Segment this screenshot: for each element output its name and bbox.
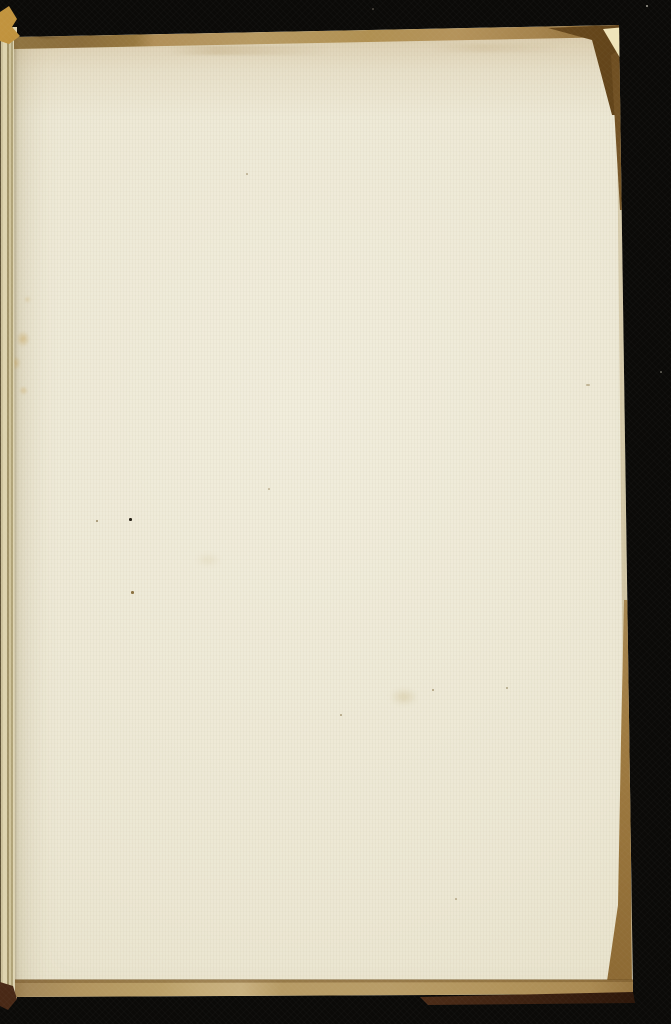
paper-smudge xyxy=(390,688,418,706)
paper-speck xyxy=(506,687,508,689)
paper-smudge xyxy=(195,553,221,567)
dust-speck xyxy=(646,5,648,7)
paper-speck xyxy=(131,591,134,594)
gutter-shadow xyxy=(14,37,48,997)
top-edge-stain-blotch xyxy=(30,27,66,40)
paper-speck xyxy=(246,173,248,175)
dust-speck xyxy=(660,371,662,373)
paper-speck xyxy=(432,689,434,691)
paper-speck xyxy=(96,520,98,522)
dust-speck xyxy=(372,8,374,10)
foxing-spot xyxy=(16,331,30,347)
paper-speck xyxy=(268,488,270,490)
paper-vignette xyxy=(0,0,671,1024)
faint-stain-streak xyxy=(430,44,560,52)
paper-speck xyxy=(340,714,342,716)
paper-speck xyxy=(586,384,590,386)
paper-speck xyxy=(455,898,457,900)
foxing-spot xyxy=(19,386,28,395)
scan-background xyxy=(0,0,671,1024)
foxing-spot xyxy=(24,296,31,303)
faint-stain-streak xyxy=(168,46,328,55)
paper-speck xyxy=(129,518,132,521)
book-page xyxy=(0,0,671,1024)
